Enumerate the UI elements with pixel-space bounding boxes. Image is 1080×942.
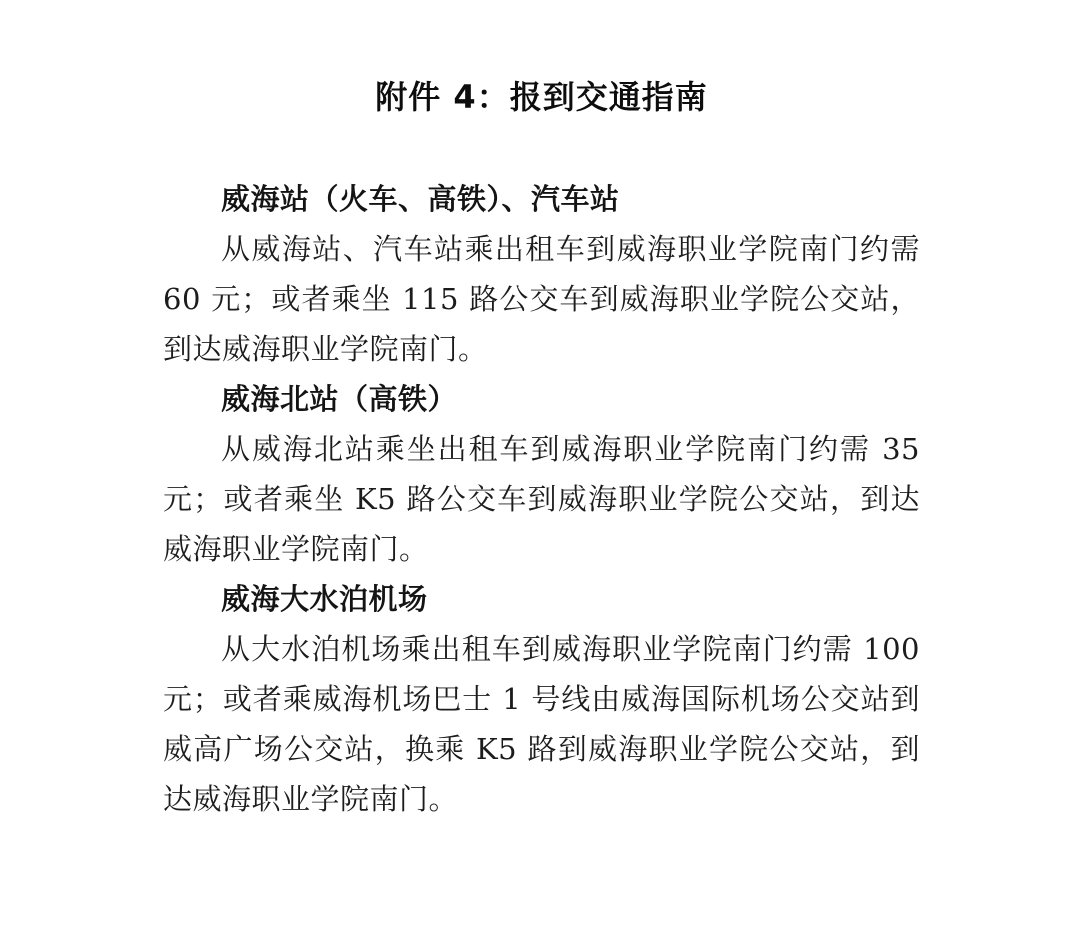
section-body: 从大水泊机场乘出租车到威海职业学院南门约需 100 元；或者乘威海机场巴士 1 …: [163, 624, 920, 824]
document-page: 附件 4：报到交通指南 威海站（火车、高铁）、汽车站 从威海站、汽车站乘出租车到…: [0, 0, 1080, 942]
document-title: 附件 4：报到交通指南: [163, 72, 920, 122]
section-heading: 威海北站（高铁）: [163, 374, 920, 424]
section-body: 从威海北站乘坐出租车到威海职业学院南门约需 35 元；或者乘坐 K5 路公交车到…: [163, 424, 920, 574]
section-heading: 威海大水泊机场: [163, 574, 920, 624]
section-dashuibo-airport: 威海大水泊机场 从大水泊机场乘出租车到威海职业学院南门约需 100 元；或者乘威…: [163, 574, 920, 824]
section-body: 从威海站、汽车站乘出租车到威海职业学院南门约需 60 元；或者乘坐 115 路公…: [163, 224, 920, 374]
section-weihai-station: 威海站（火车、高铁）、汽车站 从威海站、汽车站乘出租车到威海职业学院南门约需 6…: [163, 174, 920, 374]
section-weihai-north-station: 威海北站（高铁） 从威海北站乘坐出租车到威海职业学院南门约需 35 元；或者乘坐…: [163, 374, 920, 574]
section-heading: 威海站（火车、高铁）、汽车站: [163, 174, 920, 224]
